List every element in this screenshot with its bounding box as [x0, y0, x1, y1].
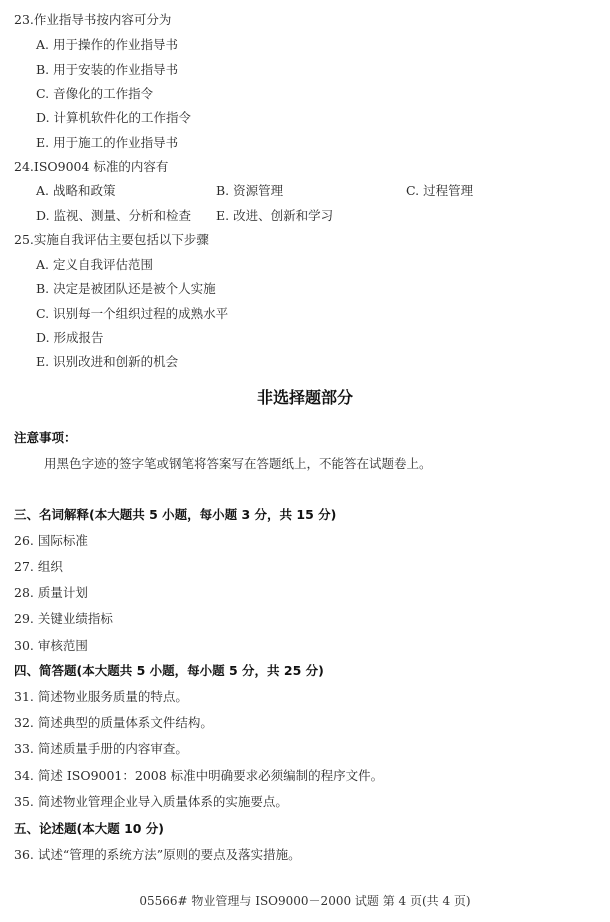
question-text: 实施自我评估主要包括以下步骤: [34, 232, 209, 247]
item-29: 29. 关键业绩指标: [14, 611, 113, 627]
question-number: 23.: [14, 12, 34, 27]
part-title: 非选择题部分: [0, 390, 610, 406]
page-footer: 05566# 物业管理与 ISO9000－2000 试题 第 4 页(共 4 页…: [0, 893, 610, 909]
item-28: 28. 质量计划: [14, 585, 88, 601]
option-25-c: C. 识别每一个组织过程的成熟水平: [36, 306, 228, 322]
section-heading-3: 三、名词解释(本大题共 5 小题，每小题 3 分，共 15 分): [14, 507, 336, 523]
item-32: 32. 简述典型的质量体系文件结构。: [14, 715, 213, 731]
option-24-d: D. 监视、测量、分析和检查: [36, 208, 191, 224]
item-31: 31. 简述物业服务质量的特点。: [14, 689, 188, 705]
item-35: 35. 简述物业管理企业导入质量体系的实施要点。: [14, 794, 288, 810]
item-33: 33. 简述质量手册的内容审查。: [14, 741, 188, 757]
section-heading-5: 五、论述题(本大题 10 分): [14, 821, 164, 837]
option-23-e: E. 用于施工的作业指导书: [36, 135, 178, 151]
option-24-a: A. 战略和政策: [36, 183, 115, 199]
item-30: 30. 审核范围: [14, 638, 88, 654]
notice-heading: 注意事项：: [14, 430, 77, 446]
option-25-a: A. 定义自我评估范围: [36, 257, 153, 273]
option-23-d: D. 计算机软件化的工作指令: [36, 110, 191, 126]
option-24-c: C. 过程管理: [406, 183, 473, 199]
option-25-d: D. 形成报告: [36, 330, 104, 346]
option-23-b: B. 用于安装的作业指导书: [36, 62, 178, 78]
question-text: ISO9004 标准的内容有: [34, 159, 169, 174]
item-27: 27. 组织: [14, 559, 63, 575]
section-heading-4: 四、简答题(本大题共 5 小题，每小题 5 分，共 25 分): [14, 663, 324, 679]
item-36: 36. 试述“管理的系统方法”原则的要点及落实措施。: [14, 847, 301, 863]
question-number: 25.: [14, 232, 34, 247]
option-25-b: B. 决定是被团队还是被个人实施: [36, 281, 216, 297]
question-number: 24.: [14, 159, 34, 174]
notice-text: 用黑色字迹的签字笔或钢笔将答案写在答题纸上，不能答在试题卷上。: [44, 456, 432, 472]
question-23: 23.作业指导书按内容可分为: [14, 12, 171, 28]
item-34: 34. 简述 ISO9001：2008 标准中明确要求必须编制的程序文件。: [14, 768, 383, 784]
option-23-c: C. 音像化的工作指令: [36, 86, 153, 102]
question-24: 24.ISO9004 标准的内容有: [14, 159, 168, 175]
question-text: 作业指导书按内容可分为: [34, 12, 172, 27]
option-25-e: E. 识别改进和创新的机会: [36, 354, 178, 370]
option-24-e: E. 改进、创新和学习: [216, 208, 333, 224]
option-23-a: A. 用于操作的作业指导书: [36, 37, 178, 53]
question-25: 25.实施自我评估主要包括以下步骤: [14, 232, 209, 248]
item-26: 26. 国际标准: [14, 533, 88, 549]
option-24-b: B. 资源管理: [216, 183, 283, 199]
